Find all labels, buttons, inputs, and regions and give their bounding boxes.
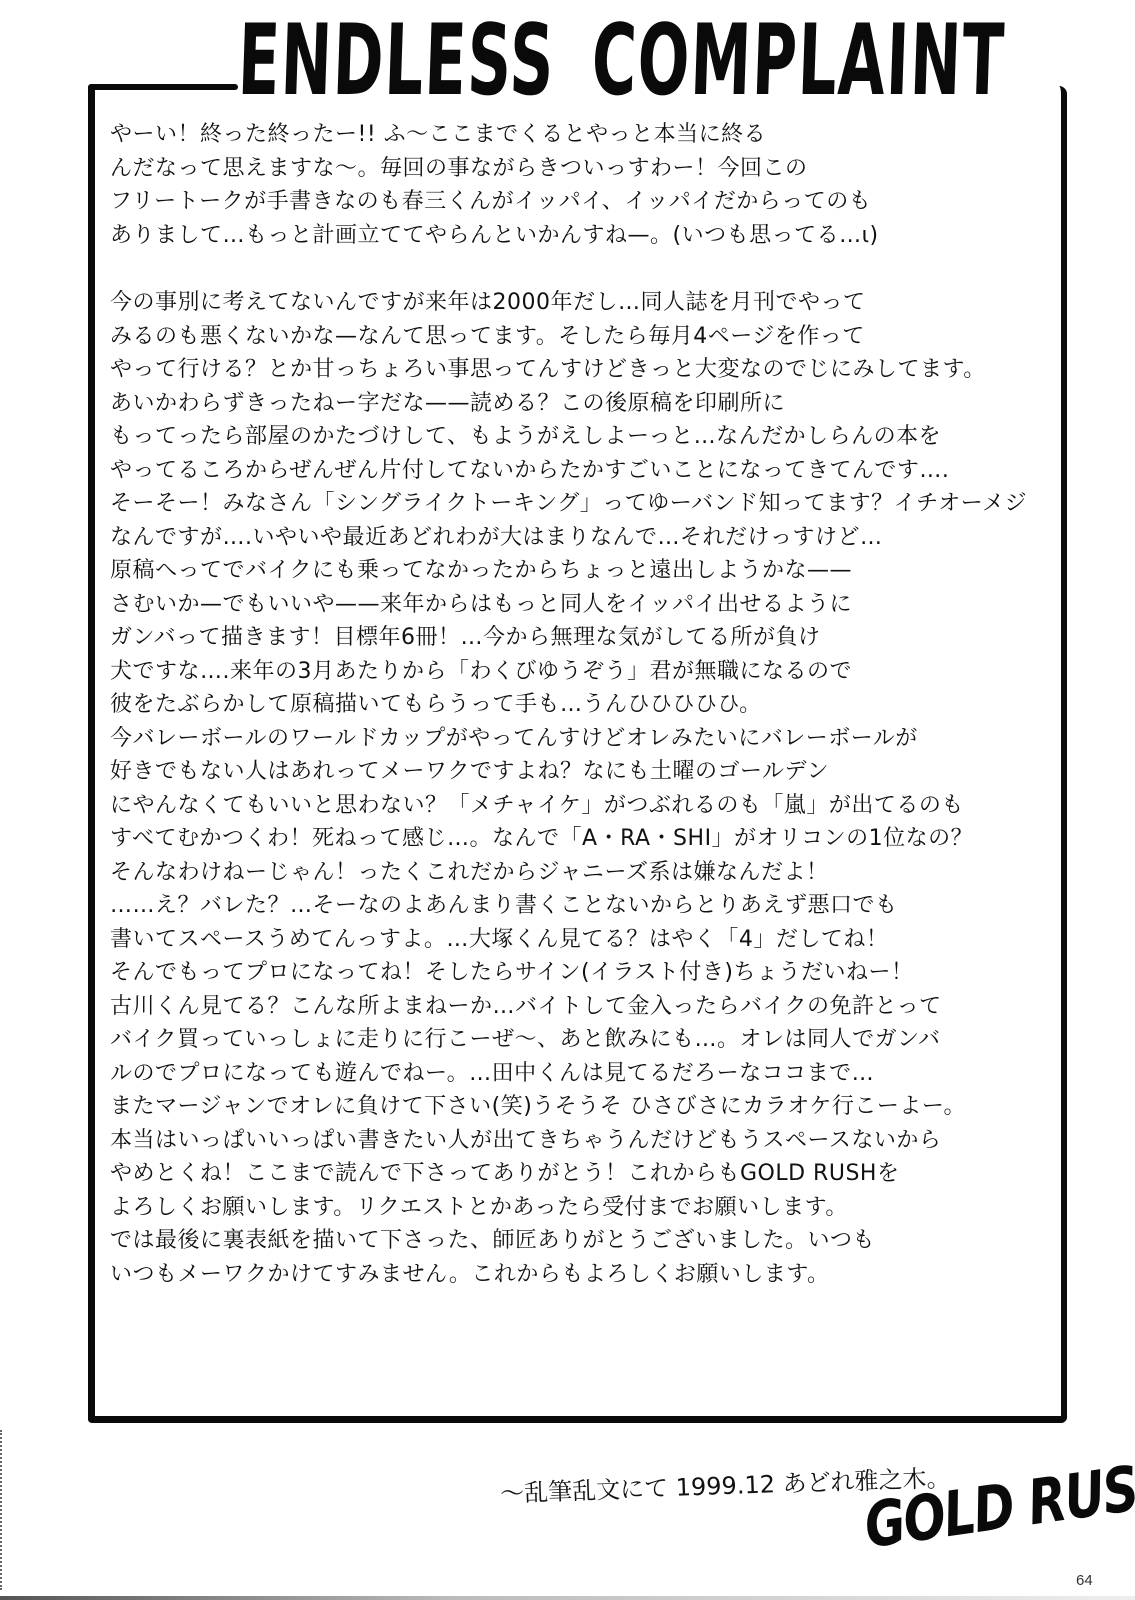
text-line: もってったら部屋のかたづけして、もようがえしよーっと…なんだかしらんの本を bbox=[110, 420, 1030, 454]
text-line: ガンバって描きます！目標年6冊！…今から無理な気がしてる所が負け bbox=[110, 621, 1030, 655]
text-line: 原稿へってでバイクにも乗ってなかったからちょっと遠出しようかな—— bbox=[110, 554, 1030, 588]
text-line: 今バレーボールのワールドカップがやってんすけどオレみたいにバレーボールが bbox=[110, 722, 1030, 756]
text-line: やってるころからぜんぜん片付してないからたかすごいことになってきてんです…. bbox=[110, 454, 1030, 488]
text-line: バイク買っていっしょに走りに行こーぜ〜、あと飲みにも…。オレは同人でガンバ bbox=[110, 1023, 1030, 1057]
text-line: にやんなくてもいいと思わない？「メチャイケ」がつぶれるのも「嵐」が出てるのも bbox=[110, 789, 1030, 823]
text-line: みるのも悪くないかな—なんて思ってます。そしたら毎月4ページを作って bbox=[110, 320, 1030, 354]
text-line: いつもメーワクかけてすみません。これからもよろしくお願いします。 bbox=[110, 1258, 1030, 1292]
text-line: やーい！終った終ったー!! ふ〜ここまでくるとやっと本当に終る bbox=[110, 118, 1030, 152]
scan-edge-marks bbox=[0, 1430, 6, 1590]
text-line: 犬ですな….来年の3月あたりから「わくびゆうぞう」君が無職になるので bbox=[110, 655, 1030, 689]
text-line: そんでもってプロになってね！そしたらサイン(イラスト付き)ちょうだいねー！ bbox=[110, 956, 1030, 990]
text-line: 本当はいっぱいいっぱい書きたい人が出てきちゃうんだけどもうスペースないから bbox=[110, 1124, 1030, 1158]
text-line: またマージャンでオレに負けて下さい(笑)うそうそ ひさびさにカラオケ行こーよー。 bbox=[110, 1090, 1030, 1124]
page-number: 64 bbox=[1076, 1572, 1093, 1589]
text-line: よろしくお願いします。リクエストとかあったら受付までお願いします。 bbox=[110, 1191, 1030, 1225]
text-line: ……え？バレた？…そーなのよあんまり書くことないからとりあえず悪口でも bbox=[110, 889, 1030, 923]
paragraph-main: 今の事別に考えてないんですが来年は2000年だし…同人誌を月刊でやって みるのも… bbox=[110, 286, 1030, 1291]
text-line: 今の事別に考えてないんですが来年は2000年だし…同人誌を月刊でやって bbox=[110, 286, 1030, 320]
text-line: ルのでプロになっても遊んでねー。…田中くんは見てるだろーなココまで… bbox=[110, 1057, 1030, 1091]
text-line: 彼をたぶらかして原稿描いてもらうって手も…うんひひひひひ。 bbox=[110, 688, 1030, 722]
text-line: あいかわらずきったねー字だな——読める？この後原稿を印刷所に bbox=[110, 387, 1030, 421]
text-line: やめとくね！ここまで読んで下さってありがとう！これからもGOLD RUSHを bbox=[110, 1157, 1030, 1191]
text-line: やって行ける？とか甘っちょろい事思ってんすけどきっと大変なのでじにみしてます。 bbox=[110, 353, 1030, 387]
afterword-body: やーい！終った終ったー!! ふ〜ここまでくるとやっと本当に終る んだなって思えま… bbox=[110, 118, 1030, 1325]
text-line: では最後に裏表紙を描いて下さった、師匠ありがとうございました。いつも bbox=[110, 1224, 1030, 1258]
text-line: すべてむかつくわ！死ねって感じ…。なんで「A・RA・SHI」がオリコンの1位なの… bbox=[110, 822, 1030, 856]
text-line: 古川くん見てる？こんな所よまねーか…バイトして金入ったらバイクの免許とって bbox=[110, 990, 1030, 1024]
text-line: 好きでもない人はあれってメーワクですよね？なにも土曜のゴールデン bbox=[110, 755, 1030, 789]
text-line: 書いてスペースうめてんっすよ。…大塚くん見てる？はやく「4」だしてね！ bbox=[110, 923, 1030, 957]
text-line: なんですが….いやいや最近あどれわが大はまりなんで…それだけっすけど… bbox=[110, 521, 1030, 555]
paragraph-intro: やーい！終った終ったー!! ふ〜ここまでくるとやっと本当に終る んだなって思えま… bbox=[110, 118, 1030, 252]
text-line: ありまして…もっと計画立ててやらんといかんすね—。(いつも思ってる…ι) bbox=[110, 219, 1030, 253]
text-line: そーそー！みなさん「シングライクトーキング」ってゆーバンド知ってます？イチオーメ… bbox=[110, 487, 1030, 521]
text-line: そんなわけねーじゃん！ったくこれだからジャニーズ系は嫌なんだよ！ bbox=[110, 856, 1030, 890]
text-line: んだなって思えますな〜。毎回の事ながらきついっすわー！今回この bbox=[110, 152, 1030, 186]
text-line: さむいか—でもいいや——来年からはもっと同人をイッパイ出せるように bbox=[110, 588, 1030, 622]
text-line: フリートークが手書きなのも春三くんがイッパイ、イッパイだからってのも bbox=[110, 185, 1030, 219]
scan-bottom-edge bbox=[0, 1596, 1135, 1600]
